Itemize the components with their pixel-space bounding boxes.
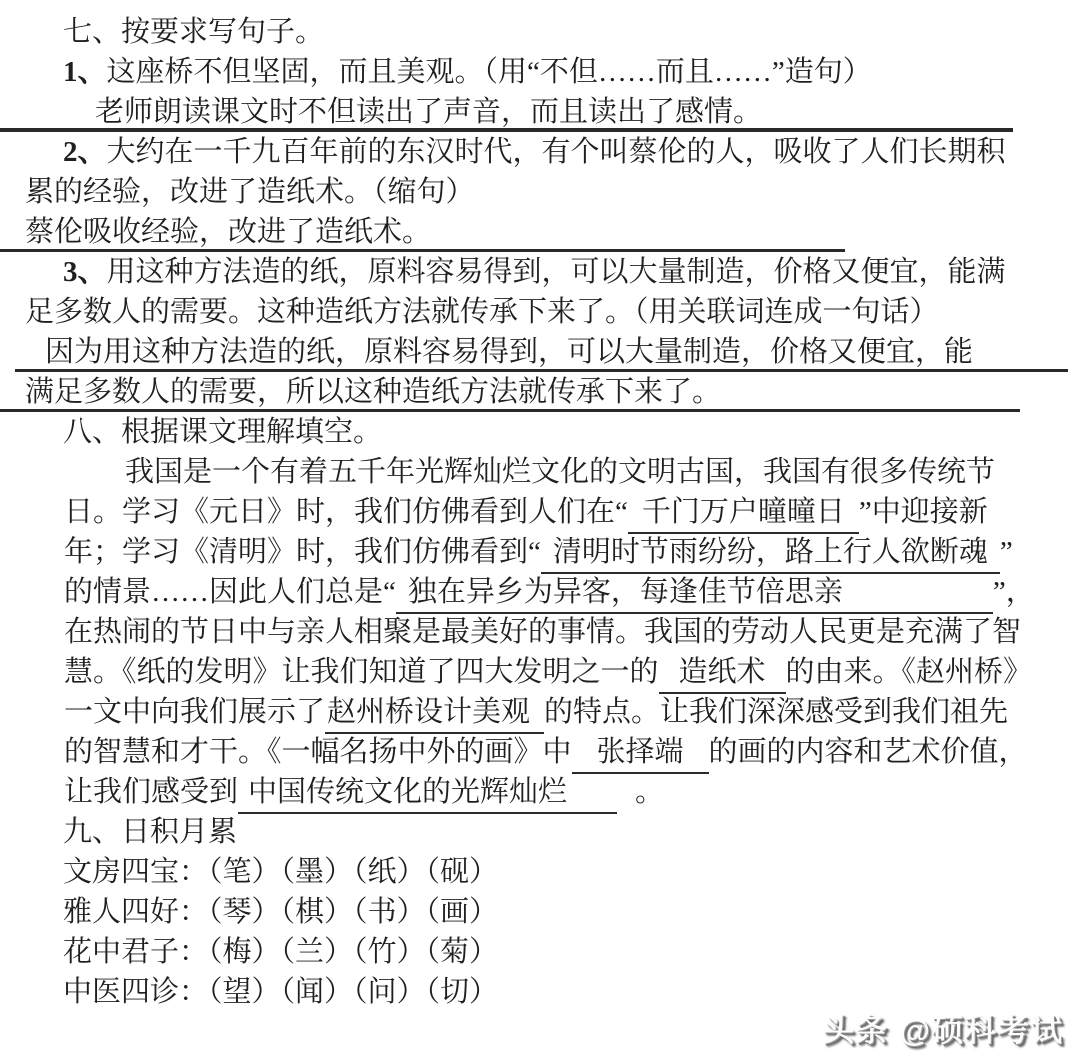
q3-answer-line2: 满足多数人的需要，所以这种造纸方法就传承下来了。: [0, 372, 1020, 412]
q1-number: 1、: [63, 56, 107, 88]
s8-line4-post: ”，: [993, 576, 1035, 608]
s9-row2-answers: （琴）（棋）（书）（画）: [208, 896, 498, 928]
s8-line2-post: ”中迎接新: [859, 496, 988, 528]
s8-line9-post: 。: [635, 776, 664, 808]
s9-row4-answers: （望）（闻）（问）（切）: [208, 976, 498, 1008]
s8-line6-pre: 慧。《纸的发明》让我们知道了四大发明之一的: [64, 656, 659, 688]
s8-line6: 慧。《纸的发明》让我们知道了四大发明之一的造纸术的由来。《赵州桥》: [0, 652, 1080, 692]
s9-row2-label: 雅人四好：: [63, 896, 208, 928]
s8-line1: 我国是一个有着五千年光辉灿烂文化的文明古国，我国有很多传统节: [0, 452, 1080, 492]
s9-row3-answers: （梅）（兰）（竹）（菊）: [208, 936, 498, 968]
blank-answer-jiujie: 独在异乡为异客，每逢佳节倍思亲: [396, 572, 993, 614]
s8-line3-pre: 年；学习《清明》时，我们仿佛看到“: [64, 536, 541, 568]
section8-heading: 八、根据课文理解填空。: [0, 412, 1080, 452]
s8-line7: 一文中向我们展示了赵州桥设计美观的特点。让我们深深感受到我们祖先: [0, 692, 1080, 732]
section7-heading: 七、按要求写句子。: [0, 12, 1080, 52]
s9-row3-label: 花中君子：: [63, 936, 208, 968]
s8-line5: 在热闹的节日中与亲人相聚是最美好的事情。我国的劳动人民更是充满了智: [0, 612, 1080, 652]
s8-line2-pre: 日。学习《元日》时，我们仿佛看到人们在“: [64, 496, 628, 528]
s9-row-wenfangsibao: 文房四宝：（笔）（墨）（纸）（砚）: [0, 852, 1080, 892]
q2-prompt-line2: 累的经验，改进了造纸术。（缩句）: [0, 172, 1080, 212]
s8-line8-post: 的画的内容和艺术价值，: [709, 736, 1028, 768]
q2-answer-line: 蔡伦吸收经验，改进了造纸术。: [0, 212, 845, 252]
s9-row1-answers: （笔）（墨）（纸）（砚）: [208, 856, 498, 888]
q2-number: 2、: [63, 136, 107, 168]
s8-line4: 的情景……因此人们总是“独在异乡为异客，每逢佳节倍思亲”，: [0, 572, 1080, 612]
s9-row1-label: 文房四宝：: [63, 856, 208, 888]
blank-answer-zaozhishu: 造纸术: [659, 652, 786, 694]
blank-answer-zhangzeduan: 张择端: [572, 732, 709, 774]
s8-line2: 日。学习《元日》时，我们仿佛看到人们在“千门万户曈曈日”中迎接新: [0, 492, 1080, 532]
q3-prompt-line1: 3、用这种方法造的纸，原料容易得到，可以大量制造，价格又便宜，能满: [0, 252, 1080, 292]
s8-line9-pre: 让我们感受到: [64, 776, 238, 808]
q3-number: 3、: [63, 256, 107, 288]
s8-line8: 的智慧和才干。《一幅名扬中外的画》中张择端的画的内容和艺术价值，: [0, 732, 1080, 772]
s9-row-yarensihao: 雅人四好：（琴）（棋）（书）（画）: [0, 892, 1080, 932]
s8-line6-post: 的由来。《赵州桥》: [786, 656, 1033, 688]
q2-prompt-text1: 大约在一千九百年前的东汉时代，有个叫蔡伦的人，吸收了人们长期积: [107, 136, 1006, 168]
q2-prompt-line1: 2、大约在一千九百年前的东汉时代，有个叫蔡伦的人，吸收了人们长期积: [0, 132, 1080, 172]
toutiao-watermark: 头条 @硕科考试: [823, 1005, 1064, 1050]
blank-answer-qingming: 清明时节雨纷纷，路上行人欲断魂: [541, 532, 1000, 574]
section9-heading: 九、日积月累: [0, 812, 1080, 852]
q3-prompt-line2: 足多数人的需要。这种造纸方法就传承下来了。（用关联词连成一句话）: [0, 292, 1080, 332]
s8-line7-pre: 一文中向我们展示了: [64, 696, 325, 728]
q1-prompt: 1、这座桥不但坚固，而且美观。（用“不但……而且……”造句）: [0, 52, 1080, 92]
blank-answer-zhaozhouqiao: 赵州桥设计美观: [325, 692, 544, 734]
blank-answer-yuanri: 千门万户曈曈日: [628, 492, 859, 534]
worksheet-page: 七、按要求写句子。 1、这座桥不但坚固，而且美观。（用“不但……而且……”造句）…: [0, 0, 1080, 1063]
s9-row4-label: 中医四诊：: [63, 976, 208, 1008]
s8-line7-post: 的特点。让我们深深感受到我们祖先: [544, 696, 1008, 728]
q3-prompt-text1: 用这种方法造的纸，原料容易得到，可以大量制造，价格又便宜，能满: [107, 256, 1006, 288]
s9-row-huazhongjunzi: 花中君子：（梅）（兰）（竹）（菊）: [0, 932, 1080, 972]
s8-line3-post: ”: [1000, 536, 1013, 568]
blank-answer-chuantongwenhua: 中国传统文化的光辉灿烂: [238, 772, 617, 814]
s8-line3: 年；学习《清明》时，我们仿佛看到“清明时节雨纷纷，路上行人欲断魂”: [0, 532, 1080, 572]
s8-line9: 让我们感受到中国传统文化的光辉灿烂。: [0, 772, 1080, 812]
q3-answer-line1: 因为用这种方法造的纸，原料容易得到，可以大量制造，价格又便宜，能: [15, 332, 1068, 372]
s8-line4-pre: 的情景……因此人们总是“: [64, 576, 396, 608]
q1-prompt-text: 这座桥不但坚固，而且美观。（用“不但……而且……”造句）: [107, 56, 872, 88]
q1-answer-line: 老师朗读课文时不但读出了声音，而且读出了感情。: [0, 92, 1013, 132]
s8-line8-pre: 的智慧和才干。《一幅名扬中外的画》中: [64, 736, 572, 768]
